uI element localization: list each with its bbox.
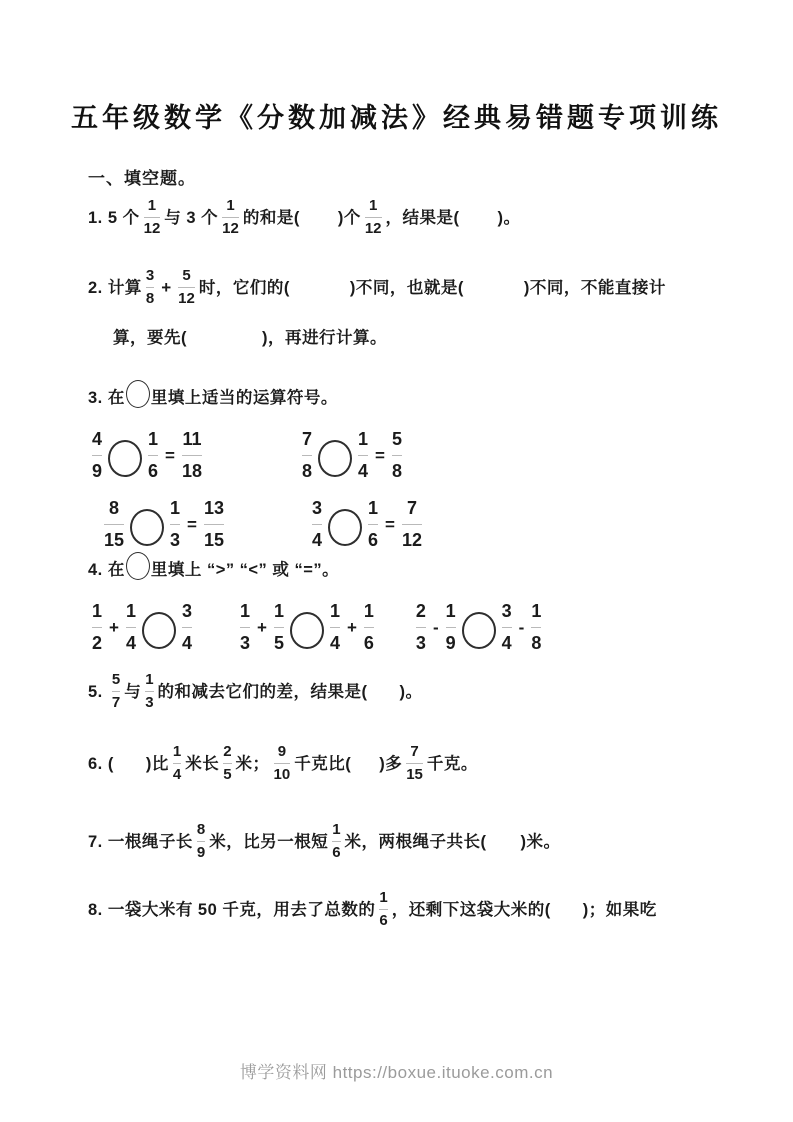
fraction: 23 (416, 602, 426, 653)
fraction: 25 (223, 744, 231, 783)
fraction-denominator: 18 (182, 462, 202, 481)
answer-blank (351, 763, 379, 765)
fraction-denominator: 3 (145, 695, 153, 711)
fraction-bar (223, 763, 231, 764)
text-segment: 千克比( (294, 753, 351, 775)
fraction-bar (112, 691, 120, 692)
page-title: 五年级数学《分数加减法》经典易错题专项训练 (0, 96, 793, 135)
fraction-bar (365, 217, 382, 218)
text-segment: 米，比另一根短 (209, 831, 328, 853)
question-1: 1. 5 个112与 3 个112的和是()个112，结果是()。 (88, 198, 733, 237)
fraction-denominator: 5 (223, 767, 231, 783)
question-8: 8. 一袋大米有 50 千克，用去了总数的16，还剩下这袋大米的()；如果吃 (88, 890, 733, 929)
fraction: 13 (145, 672, 153, 711)
fraction-numerator: 1 (358, 430, 368, 449)
fraction: 18 (531, 602, 541, 653)
answer-blank (300, 217, 338, 219)
question-line: 6. ()比14米长25米；910千克比()多715千克。 (88, 744, 733, 783)
fraction-denominator: 12 (178, 291, 195, 307)
fraction-numerator: 9 (278, 744, 286, 760)
fraction-bar (446, 627, 456, 628)
fraction-denominator: 4 (330, 634, 340, 653)
fraction-bar (274, 763, 291, 764)
fraction-numerator: 5 (112, 672, 120, 688)
operator: + (109, 618, 119, 638)
answer-blank (551, 909, 583, 911)
footer-credit: 博学资料网 https://boxue.ituoke.com.cn (0, 1058, 793, 1083)
fraction-denominator: 4 (182, 634, 192, 653)
fraction-bar (364, 627, 374, 628)
fraction-denominator: 8 (531, 634, 541, 653)
fraction: 1118 (182, 430, 202, 481)
fraction-bar (92, 627, 102, 628)
circle-placeholder (108, 440, 142, 477)
question-line: 12+143413+1514+1623-1934-18 (88, 602, 733, 653)
text-segment: )比 (146, 753, 169, 775)
circle-placeholder (142, 612, 176, 649)
question-7: 7. 一根绳子长89米，比另一根短16米，两根绳子共长()米。 (88, 822, 733, 861)
fraction-denominator: 9 (197, 845, 205, 861)
fraction-numerator: 7 (410, 744, 418, 760)
fraction-denominator: 8 (392, 462, 402, 481)
fraction-denominator: 8 (302, 462, 312, 481)
fraction-numerator: 1 (368, 499, 378, 518)
fraction-numerator: 2 (223, 744, 231, 760)
fraction-numerator: 11 (182, 430, 201, 449)
fraction-bar (170, 524, 180, 525)
text-segment: 与 3 个 (164, 207, 218, 229)
fraction-numerator: 1 (531, 602, 541, 621)
text-segment: 算，要先( (113, 327, 187, 349)
fraction-numerator: 3 (182, 602, 192, 621)
fraction: 16 (379, 890, 387, 929)
fraction: 13 (170, 499, 180, 550)
fraction-numerator: 1 (330, 602, 340, 621)
fraction-denominator: 10 (274, 767, 291, 783)
text-segment: 里填上 “>” “<” 或 “=”。 (151, 559, 339, 581)
answer-blank (460, 217, 498, 219)
fraction-bar (379, 909, 387, 910)
fraction: 38 (146, 268, 154, 307)
fraction: 89 (197, 822, 205, 861)
fraction-bar (197, 841, 205, 842)
fraction-numerator: 7 (302, 430, 312, 449)
fraction-denominator: 12 (365, 221, 382, 237)
fraction: 715 (406, 744, 423, 783)
text-segment: )。 (400, 681, 423, 703)
answer-blank (187, 337, 262, 339)
fraction: 112 (144, 198, 161, 237)
fraction: 14 (126, 602, 136, 653)
fraction: 34 (502, 602, 512, 653)
fraction-bar (182, 455, 202, 456)
question-line: 4916=11187814=58 (88, 430, 733, 481)
text-segment: 3. 在 (88, 387, 125, 409)
text-segment: 5. (88, 681, 108, 703)
operator: - (433, 618, 439, 638)
answer-blank (464, 287, 524, 289)
fraction-numerator: 1 (369, 198, 377, 214)
answer-blank (378, 627, 412, 629)
fraction: 16 (364, 602, 374, 653)
fraction: 19 (446, 602, 456, 653)
text-segment: )；如果吃 (583, 899, 657, 921)
text-segment: )。 (498, 207, 521, 229)
answer-blank (290, 287, 350, 289)
text-segment: )多 (379, 753, 402, 775)
fraction-bar (146, 287, 154, 288)
circle-placeholder (126, 552, 150, 580)
fraction-bar (358, 455, 368, 456)
fraction-denominator: 6 (148, 462, 158, 481)
circle-placeholder (462, 612, 496, 649)
text-segment: 6. ( (88, 753, 114, 775)
fraction: 14 (330, 602, 340, 653)
answer-blank (368, 691, 400, 693)
fraction-numerator: 1 (226, 198, 234, 214)
text-segment: 里填上适当的运算符号。 (151, 387, 338, 409)
fraction-bar (145, 691, 153, 692)
text-segment: 2. 计算 (88, 277, 142, 299)
fraction-numerator: 8 (197, 822, 205, 838)
fraction-numerator: 3 (312, 499, 322, 518)
fraction-numerator: 1 (170, 499, 180, 518)
question-line: 3. 在里填上适当的运算符号。 (88, 380, 733, 416)
section-header: 一、填空题。 (88, 164, 196, 189)
fraction-denominator: 4 (312, 531, 322, 550)
text-segment: )，再进行计算。 (262, 327, 387, 349)
question-line: 81513=13153416=712 (100, 499, 733, 550)
fraction-numerator: 1 (148, 430, 158, 449)
question-line: 8. 一袋大米有 50 千克，用去了总数的16，还剩下这袋大米的()；如果吃 (88, 890, 733, 929)
fraction-numerator: 7 (407, 499, 417, 518)
fraction-numerator: 1 (332, 822, 340, 838)
answer-blank (228, 524, 308, 526)
text-segment: 时，它们的( (199, 277, 290, 299)
question-line: 2. 计算38+512时，它们的()不同，也就是()不同，不能直接计 (88, 268, 733, 307)
fraction-bar (182, 627, 192, 628)
circle-placeholder (130, 509, 164, 546)
text-segment: 米； (236, 753, 270, 775)
fraction-denominator: 15 (204, 531, 224, 550)
text-segment: )不同，不能直接计 (524, 277, 666, 299)
fraction-numerator: 1 (126, 602, 136, 621)
text-segment: )个 (338, 207, 361, 229)
fraction-bar (312, 524, 322, 525)
fraction: 112 (365, 198, 382, 237)
text-segment: 的和减去它们的差，结果是( (158, 681, 368, 703)
question-line: 4. 在里填上 “>” “<” 或 “=”。 (88, 552, 733, 588)
worksheet-page: 五年级数学《分数加减法》经典易错题专项训练 一、填空题。 1. 5 个112与 … (0, 0, 793, 1122)
fraction-denominator: 3 (416, 634, 426, 653)
question-line: 算，要先()，再进行计算。 (113, 327, 733, 349)
question-5: 5. 57与13的和减去它们的差，结果是()。 (88, 672, 733, 711)
fraction-bar (368, 524, 378, 525)
answer-blank (487, 841, 521, 843)
operator: = (385, 515, 395, 535)
fraction: 16 (148, 430, 158, 481)
text-segment: )不同，也就是( (350, 277, 464, 299)
fraction-numerator: 1 (364, 602, 374, 621)
fraction-numerator: 5 (182, 268, 190, 284)
fraction-denominator: 5 (274, 634, 284, 653)
circle-placeholder (328, 509, 362, 546)
fraction-denominator: 4 (173, 767, 181, 783)
fraction-bar (392, 455, 402, 456)
fraction: 112 (222, 198, 239, 237)
fraction-bar (126, 627, 136, 628)
question-line: 1. 5 个112与 3 个112的和是()个112，结果是()。 (88, 198, 733, 237)
fraction-numerator: 4 (92, 430, 102, 449)
fraction: 15 (274, 602, 284, 653)
fraction-numerator: 1 (92, 602, 102, 621)
fraction: 57 (112, 672, 120, 711)
fraction-bar (173, 763, 181, 764)
fraction-bar (178, 287, 195, 288)
fraction-numerator: 1 (446, 602, 456, 621)
fraction-denominator: 12 (144, 221, 161, 237)
text-segment: ，结果是( (386, 207, 460, 229)
text-segment: 与 (124, 681, 141, 703)
fraction-denominator: 6 (364, 634, 374, 653)
fraction-bar (274, 627, 284, 628)
operator: + (161, 278, 171, 298)
fraction: 815 (104, 499, 124, 550)
fraction-denominator: 3 (240, 634, 250, 653)
fraction-bar (332, 841, 340, 842)
text-segment: 千克。 (427, 753, 478, 775)
fraction-denominator: 15 (406, 767, 423, 783)
fraction: 1315 (204, 499, 224, 550)
fraction: 16 (368, 499, 378, 550)
text-segment: ，还剩下这袋大米的( (392, 899, 551, 921)
fraction-numerator: 2 (416, 602, 426, 621)
text-segment: 米，两根绳子共长( (345, 831, 487, 853)
fraction-bar (240, 627, 250, 628)
text-segment: 7. 一根绳子长 (88, 831, 193, 853)
fraction-numerator: 1 (274, 602, 284, 621)
answer-blank (196, 627, 236, 629)
fraction-bar (330, 627, 340, 628)
operator: = (187, 515, 197, 535)
fraction-denominator: 4 (358, 462, 368, 481)
fraction-bar (302, 455, 312, 456)
question-3: 3. 在里填上适当的运算符号。4916=11187814=5881513=131… (88, 380, 733, 550)
fraction-denominator: 4 (502, 634, 512, 653)
fraction-numerator: 5 (392, 430, 402, 449)
fraction: 910 (274, 744, 291, 783)
text-segment: 米长 (185, 753, 219, 775)
fraction-numerator: 1 (379, 890, 387, 906)
fraction-bar (416, 627, 426, 628)
fraction-denominator: 6 (368, 531, 378, 550)
fraction-bar (144, 217, 161, 218)
fraction-denominator: 12 (402, 531, 422, 550)
fraction-denominator: 7 (112, 695, 120, 711)
fraction-denominator: 9 (446, 634, 456, 653)
fraction-bar (92, 455, 102, 456)
fraction: 58 (392, 430, 402, 481)
operator: - (519, 618, 525, 638)
fraction-bar (204, 524, 224, 525)
fraction: 49 (92, 430, 102, 481)
fraction-denominator: 9 (92, 462, 102, 481)
fraction: 14 (173, 744, 181, 783)
operator: = (375, 446, 385, 466)
fraction-bar (402, 524, 422, 525)
fraction-numerator: 1 (148, 198, 156, 214)
fraction: 78 (302, 430, 312, 481)
circle-placeholder (126, 380, 150, 408)
fraction-denominator: 6 (379, 913, 387, 929)
fraction-denominator: 2 (92, 634, 102, 653)
fraction-numerator: 13 (204, 499, 224, 518)
question-line: 5. 57与13的和减去它们的差，结果是()。 (88, 672, 733, 711)
fraction: 712 (402, 499, 422, 550)
operator: + (257, 618, 267, 638)
operator: = (165, 446, 175, 466)
question-4: 4. 在里填上 “>” “<” 或 “=”。12+143413+1514+162… (88, 552, 733, 653)
answer-blank (114, 763, 146, 765)
operator: + (347, 618, 357, 638)
circle-placeholder (290, 612, 324, 649)
fraction-denominator: 15 (104, 531, 124, 550)
fraction: 13 (240, 602, 250, 653)
fraction-numerator: 1 (173, 744, 181, 760)
fraction-bar (148, 455, 158, 456)
fraction: 16 (332, 822, 340, 861)
fraction-bar (406, 763, 423, 764)
text-segment: 的和是( (243, 207, 300, 229)
fraction-denominator: 6 (332, 845, 340, 861)
question-line: 7. 一根绳子长89米，比另一根短16米，两根绳子共长()米。 (88, 822, 733, 861)
answer-blank (206, 455, 298, 457)
question-2: 2. 计算38+512时，它们的()不同，也就是()不同，不能直接计算，要先()… (88, 268, 733, 349)
fraction-denominator: 8 (146, 291, 154, 307)
fraction-bar (104, 524, 124, 525)
fraction-numerator: 1 (145, 672, 153, 688)
text-segment: 4. 在 (88, 559, 125, 581)
fraction-bar (222, 217, 239, 218)
fraction-numerator: 3 (146, 268, 154, 284)
text-segment: 8. 一袋大米有 50 千克，用去了总数的 (88, 899, 375, 921)
text-segment: 1. 5 个 (88, 207, 140, 229)
fraction-numerator: 1 (240, 602, 250, 621)
fraction-bar (502, 627, 512, 628)
fraction-bar (531, 627, 541, 628)
fraction: 12 (92, 602, 102, 653)
fraction: 512 (178, 268, 195, 307)
circle-placeholder (318, 440, 352, 477)
text-segment: )米。 (521, 831, 561, 853)
fraction: 14 (358, 430, 368, 481)
fraction-denominator: 12 (222, 221, 239, 237)
fraction: 34 (312, 499, 322, 550)
fraction-numerator: 3 (502, 602, 512, 621)
fraction-numerator: 8 (109, 499, 119, 518)
fraction-denominator: 3 (170, 531, 180, 550)
question-6: 6. ()比14米长25米；910千克比()多715千克。 (88, 744, 733, 783)
fraction: 34 (182, 602, 192, 653)
fraction-denominator: 4 (126, 634, 136, 653)
